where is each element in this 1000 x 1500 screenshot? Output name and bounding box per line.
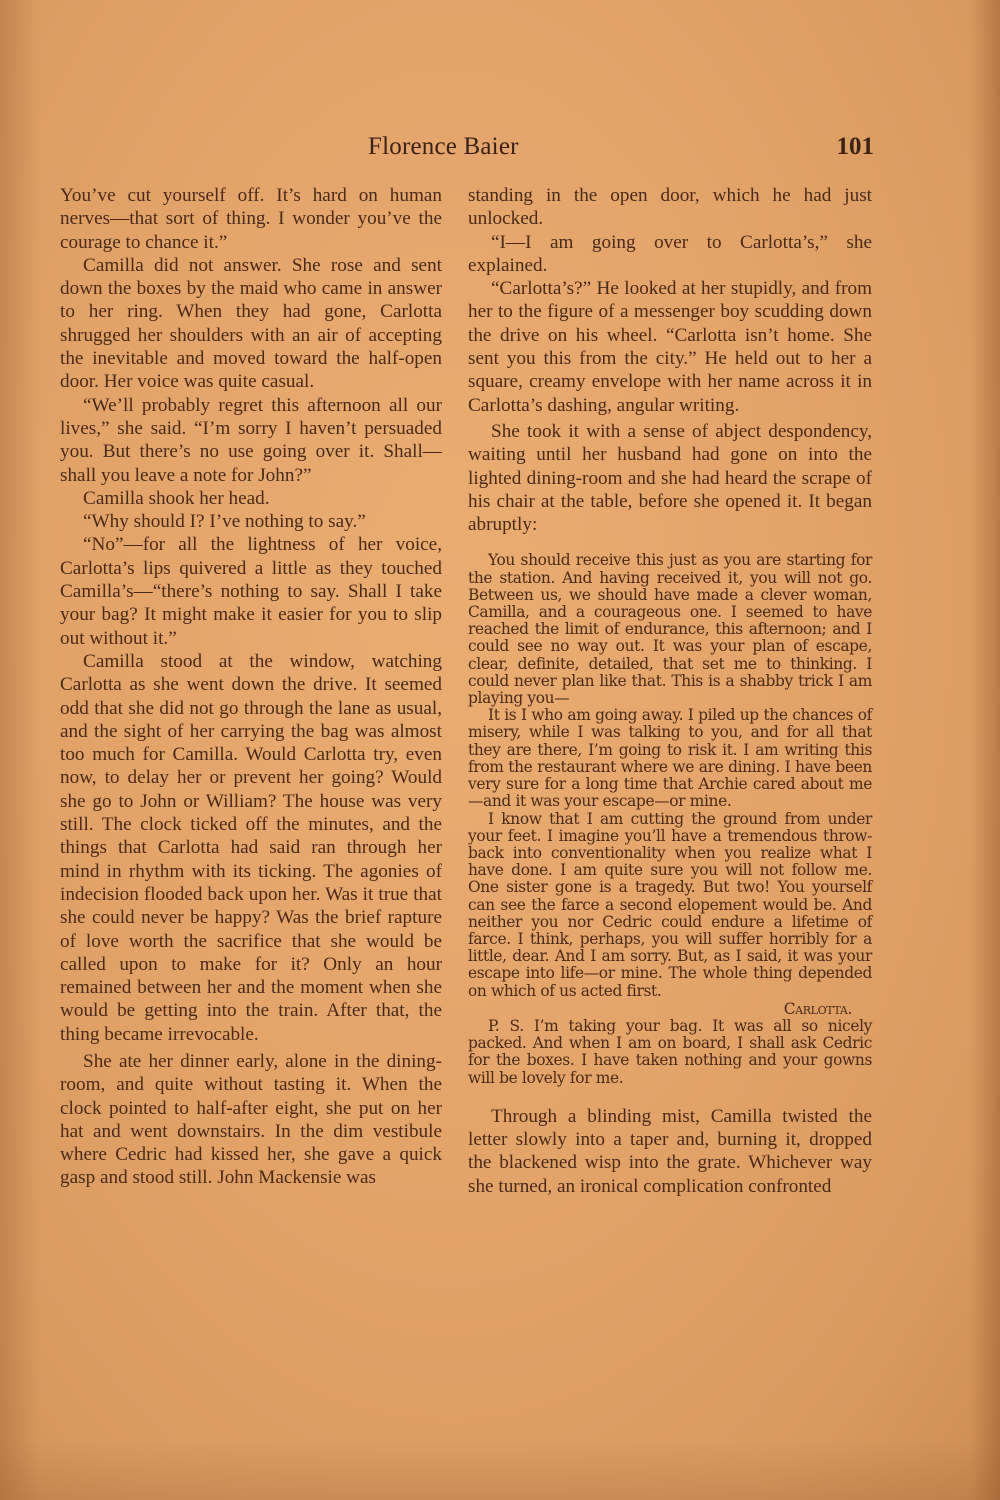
page-number: 101 [837, 133, 875, 161]
letter-postscript: P. S. I’m taking your bag. It was all so… [468, 1018, 872, 1087]
left-column: You’ve cut yourself off. It’s hard on hu… [60, 184, 442, 1190]
paragraph: “No”—for all the lightness of her voice,… [60, 533, 442, 649]
letter-paragraph: You should receive this just as you are … [468, 552, 872, 707]
right-column: standing in the open door, which he had … [468, 184, 872, 1198]
paragraph: Camilla shook her head. [60, 487, 442, 510]
paragraph: “Carlotta’s?” He looked at her stupidly,… [468, 277, 872, 417]
paragraph: Camilla stood at the window, watching Ca… [60, 650, 442, 1046]
paragraph: Through a blinding mist, Camilla twisted… [468, 1105, 872, 1198]
paragraph: Camilla did not answer. She rose and sen… [60, 254, 442, 394]
paragraph: standing in the open door, which he had … [468, 184, 872, 231]
letter-paragraph: It is I who am going away. I piled up th… [468, 707, 872, 810]
running-title: Florence Baier [368, 133, 519, 161]
letter-signature: Carlotta. [468, 1001, 872, 1018]
letter-paragraph: I know that I am cutting the ground from… [468, 811, 872, 1000]
paragraph: “I—I am going over to Carlotta’s,” she e… [468, 231, 872, 278]
paragraph: You’ve cut yourself off. It’s hard on hu… [60, 184, 442, 254]
letter-block: You should receive this just as you are … [468, 552, 872, 1086]
page-edge-shadow-left [0, 0, 40, 1500]
paragraph: She ate her dinner early, alone in the d… [60, 1050, 442, 1190]
running-head: Florence Baier 101 [60, 133, 874, 163]
page-edge-shadow-bottom [0, 1440, 1000, 1500]
page-edge-shadow-right [970, 0, 1000, 1500]
paragraph: She took it with a sense of abject despo… [468, 420, 872, 536]
paragraph: “Why should I? I’ve nothing to say.” [60, 510, 442, 533]
paragraph: “We’ll probably regret this afternoon al… [60, 394, 442, 487]
